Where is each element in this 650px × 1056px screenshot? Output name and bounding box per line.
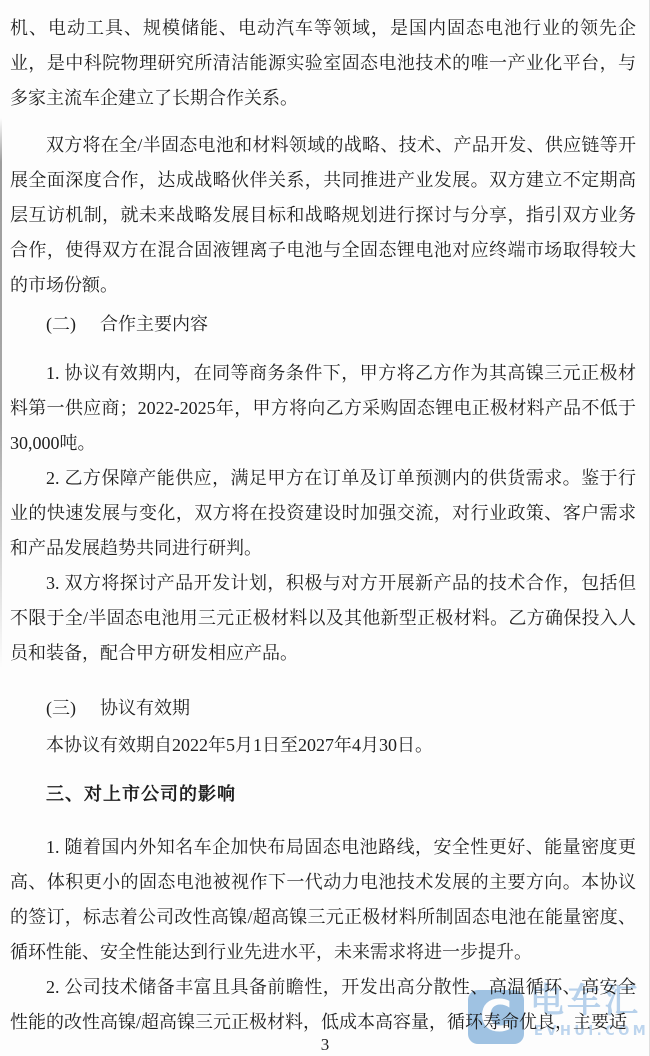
cooperation-item-1: 1. 协议有效期内，在同等商务条件下，甲方将乙方作为其高镍三元正极材料第一供应商… (10, 356, 636, 461)
cooperation-items: 1. 协议有效期内，在同等商务条件下，甲方将乙方作为其高镍三元正极材料第一供应商… (10, 356, 636, 671)
section-heading-cooperation-content: (二)合作主要内容 (10, 307, 636, 342)
cooperation-item-2: 2. 乙方保障产能供应，满足甲方在订单及订单预测内的供货需求。鉴于行业的快速发展… (10, 461, 636, 566)
cooperation-item-3: 3. 双方将探讨产品开发计划，积极与对方开展新产品的技术合作，包括但不限于全/半… (10, 566, 636, 671)
section-heading-impact-on-company: 三、对上市公司的影响 (10, 777, 636, 812)
scan-edge-artifact-left (0, 118, 2, 668)
section-3-title: 协议有效期 (100, 698, 190, 718)
section-2-title: 合作主要内容 (100, 314, 208, 334)
paragraph-cooperation-scope: 双方将在全/半固态电池和材料领域的战略、技术、产品开发、供应链等开展全面深度合作… (10, 128, 636, 303)
page-number: 3 (0, 1034, 650, 1056)
paragraph-company-intro-continued: 机、电动工具、规模储能、电动汽车等领域，是国内固态电池行业的领先企业，是中科院物… (10, 11, 636, 116)
section-3-label: (三) (46, 698, 76, 718)
impact-paragraphs: 1. 随着国内外知名车企加快布局固态电池路线，安全性更好、能量密度更高、体积更小… (10, 830, 636, 1040)
section-heading-agreement-validity: (三)协议有效期 (10, 691, 636, 726)
section-2-label: (二) (46, 314, 76, 334)
impact-item-2: 2. 公司技术储备丰富且具备前瞻性，开发出高分散性、高温循环、高安全性能的改性高… (10, 970, 636, 1040)
paragraph-validity-period: 本协议有效期自2022年5月1日至2027年4月30日。 (10, 728, 636, 763)
impact-item-1: 1. 随着国内外知名车企加快布局固态电池路线，安全性更好、能量密度更高、体积更小… (10, 830, 636, 970)
